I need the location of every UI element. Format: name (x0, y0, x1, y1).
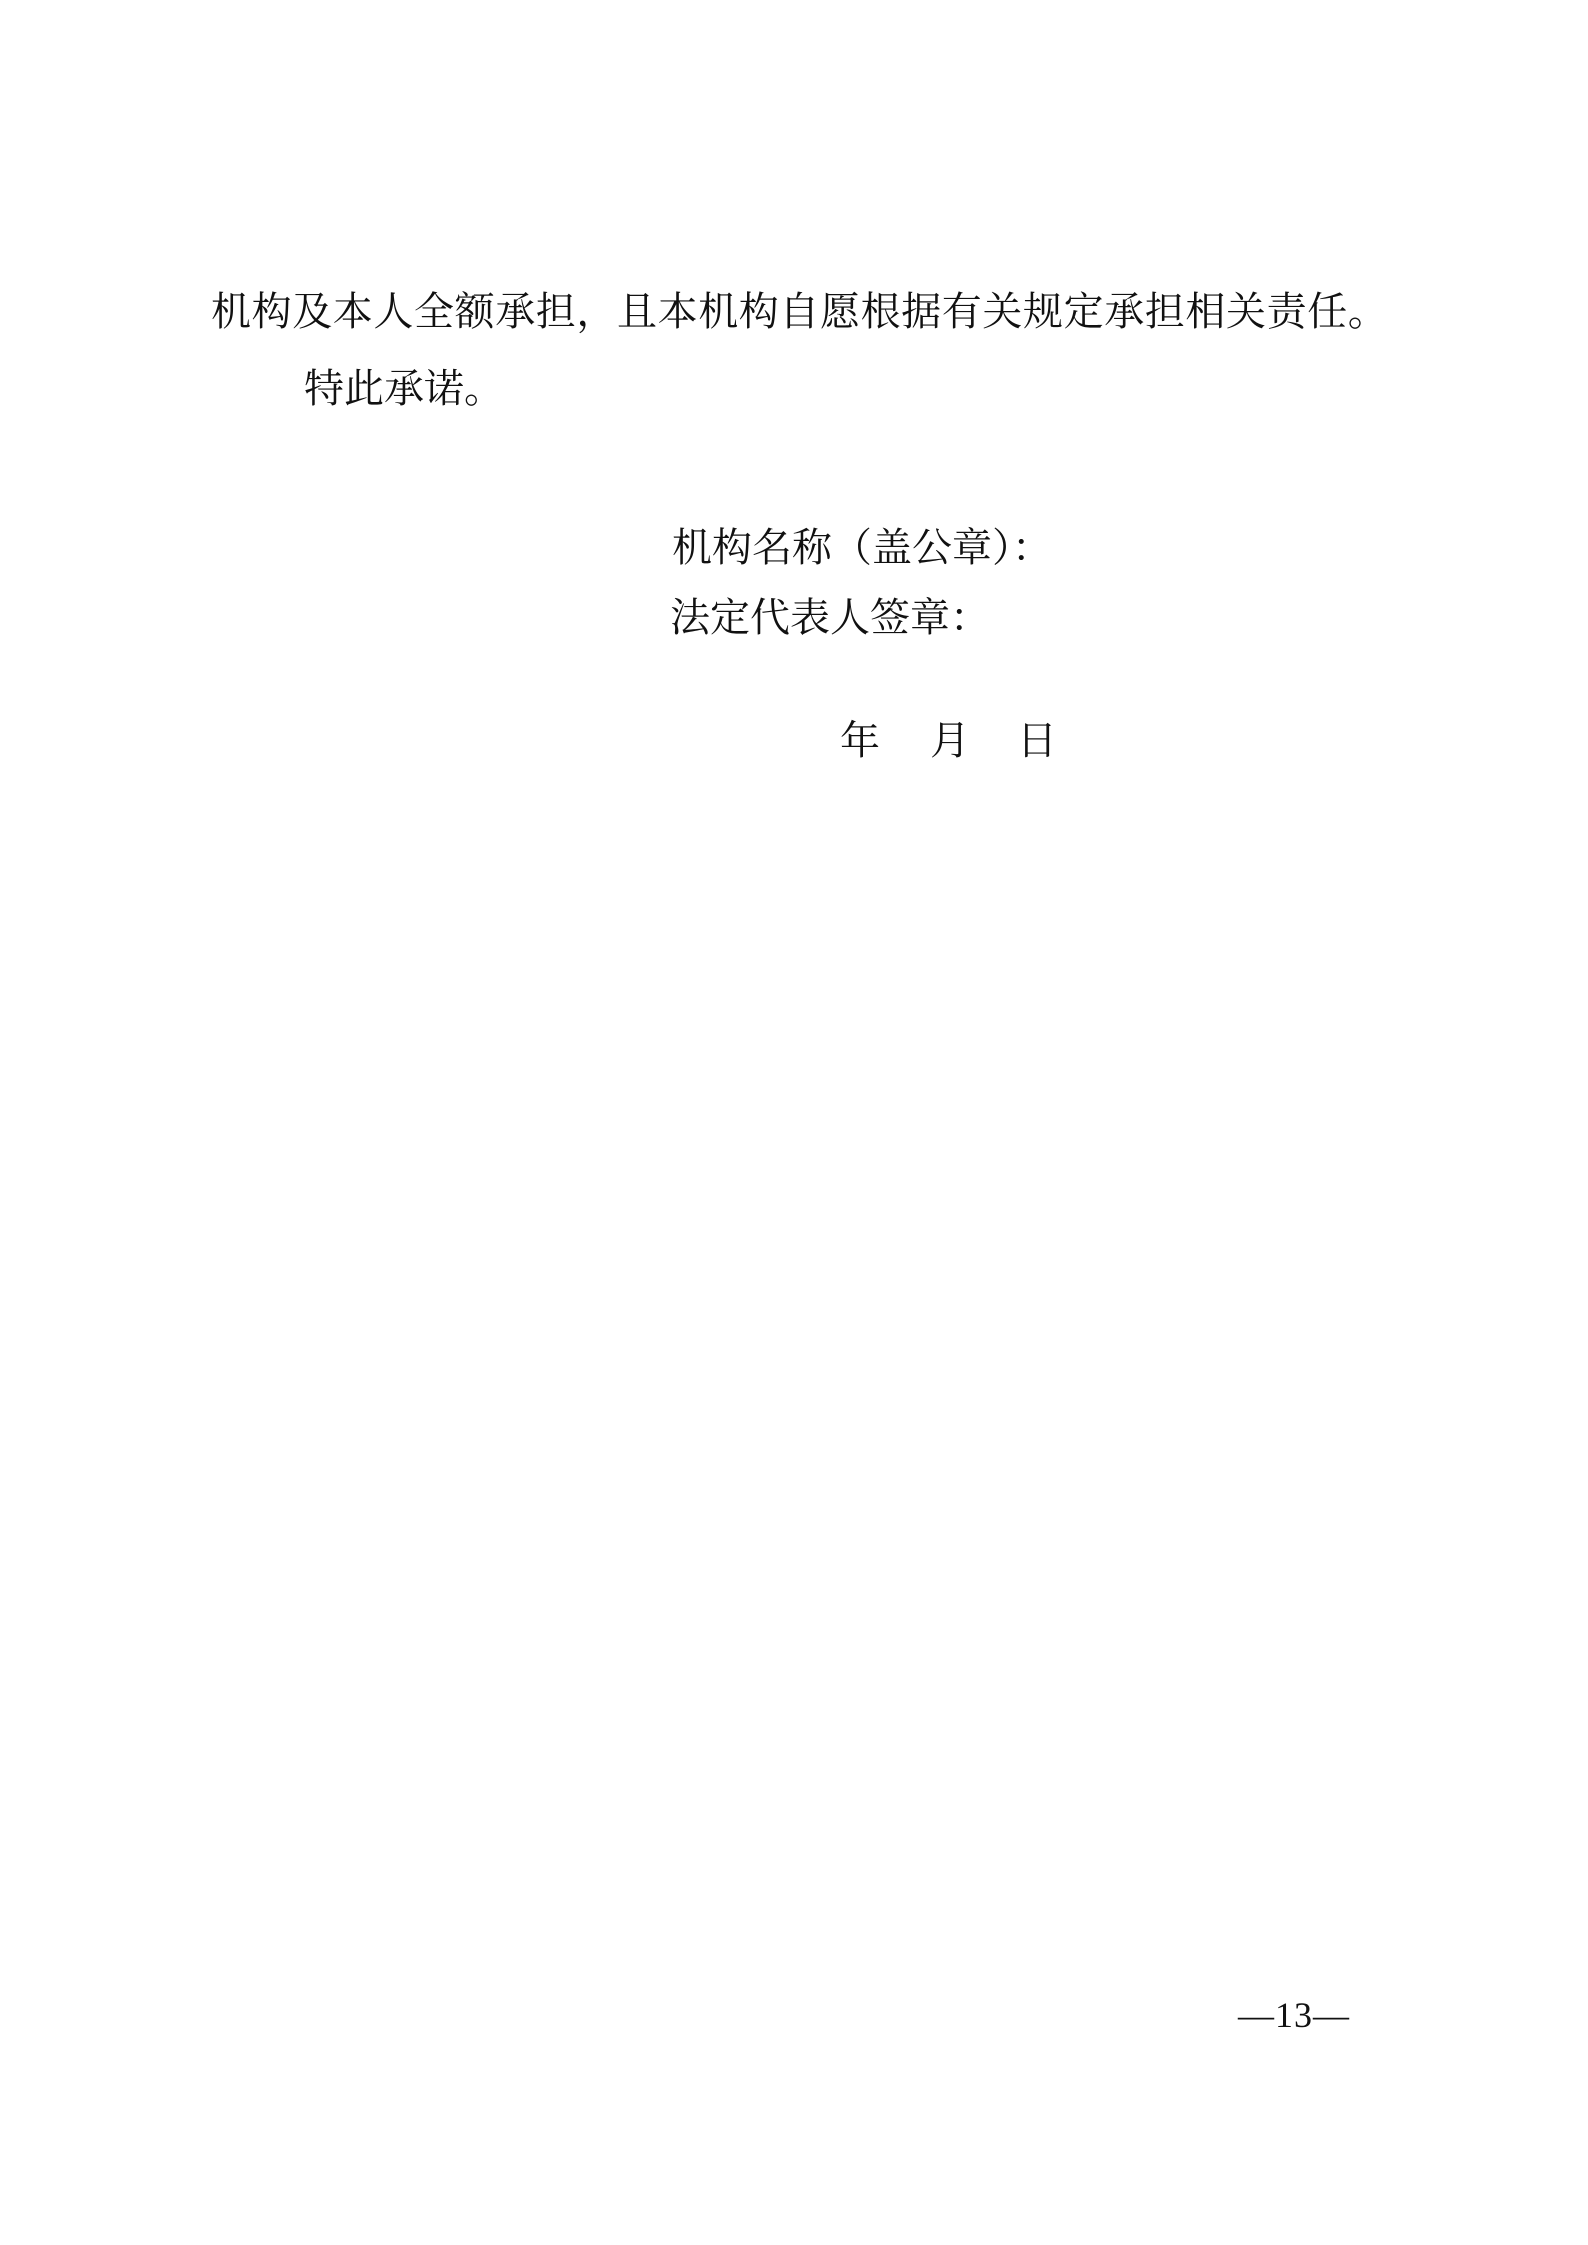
date-month-label: 月 (930, 719, 970, 763)
signature-legal-rep-label: 法定代表人签章： (670, 596, 990, 640)
date-day-label: 日 (1017, 719, 1057, 763)
paragraph-continuation-line: 机构及本人全额承担，且本机构自愿根据有关规定承担相关责任。 (211, 290, 1388, 334)
date-year-label: 年 (840, 719, 880, 763)
signature-date-line: 年月日 (800, 675, 1057, 807)
closing-statement-line: 特此承诺。 (304, 367, 504, 411)
signature-org-name-label: 机构名称（盖公章）： (672, 526, 1052, 570)
page-number: —13— (1238, 1996, 1350, 2036)
document-page: 机构及本人全额承担，且本机构自愿根据有关规定承担相关责任。 特此承诺。 机构名称… (0, 0, 1588, 2245)
